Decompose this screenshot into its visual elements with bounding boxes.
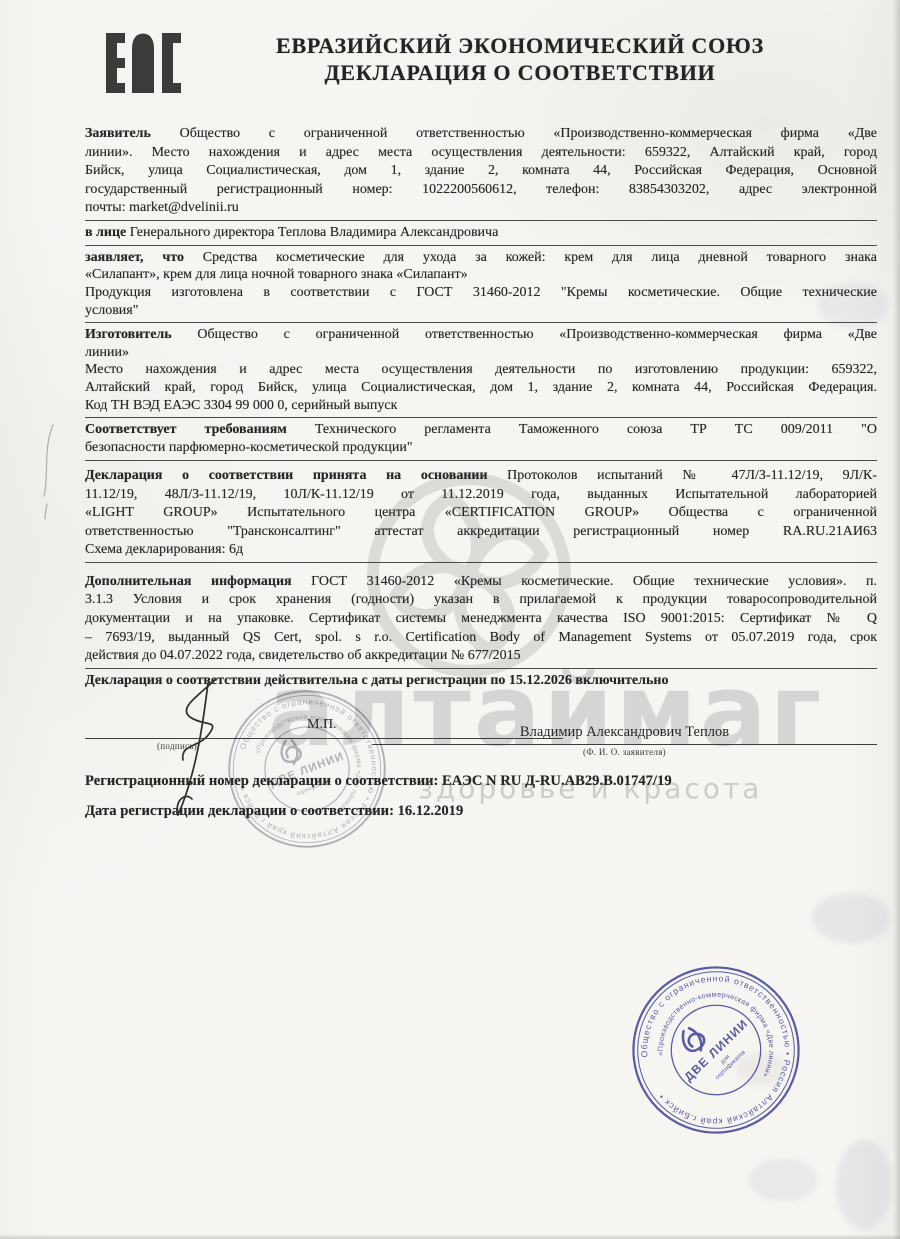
text-line: почты: market@dvelinii.ru [85, 199, 877, 218]
text-line: ответственностью "Трансконсалтинг" аттес… [85, 523, 877, 542]
field-label: Дополнительная информация [85, 574, 292, 589]
text-line: «Силапант», крем для лица ночной товарно… [85, 266, 877, 284]
company-stamp-blue: Общество с ограниченной ответственностью… [621, 955, 810, 1144]
section-compliance: Соответствует требованиям Технического р… [85, 421, 877, 461]
field-text: Технического регламента Таможенного союз… [287, 422, 877, 437]
signature-block: (подпись) М.П. Владимир Александрович Те… [85, 700, 877, 762]
section-additional-info: Дополнительная информация ГОСТ 31460-201… [85, 573, 877, 669]
text-line: заявляет, что Средства косметические для… [85, 249, 877, 267]
field-text: Протоколов испытаний № 47Л/З-11.12/19, 9… [488, 468, 877, 483]
page-subtitle: ДЕКЛАРАЦИЯ О СООТВЕТСТВИИ [160, 59, 880, 86]
text-line: действия до 04.07.2022 года, свидетельст… [85, 647, 877, 666]
field-label: Соответствует требованиям [85, 422, 287, 437]
field-text: Средства косметические для ухода за коже… [184, 250, 877, 265]
text-line: 3.1.3 Условия и срок хранения (годности)… [85, 591, 877, 610]
text-line: Дополнительная информация ГОСТ 31460-201… [85, 573, 877, 592]
section-declares: заявляет, что Средства косметические для… [85, 249, 877, 323]
text-line: Бийск, улица Социалистическая, дом 1, зд… [85, 162, 877, 181]
text-line: линии» [85, 344, 877, 362]
signature-caption: (подпись) [157, 741, 197, 751]
field-label: в лице [85, 225, 126, 240]
section-person: в лице Генерального директора Теплова Вл… [85, 224, 877, 246]
text-line: Место нахождения и адрес места осуществл… [85, 361, 877, 379]
text-line: условия" [85, 302, 877, 320]
field-text: Общество с ограниченной ответственностью… [172, 327, 877, 342]
text-line: Соответствует требованиям Технического р… [85, 421, 877, 440]
text-line: государственный регистрационный номер: 1… [85, 181, 877, 200]
scanned-document-page: алтаймаг здоровье и красота ЕВРАЗИЙСКИЙ … [0, 0, 900, 1239]
field-label: Декларация о соответствии принята на осн… [85, 468, 488, 483]
pen-stray-mark [38, 420, 64, 522]
scan-artifact [836, 1140, 892, 1230]
page-title: ЕВРАЗИЙСКИЙ ЭКОНОМИЧЕСКИЙ СОЮЗ [160, 32, 880, 59]
section-applicant: Заявитель Общество с ограниченной ответс… [85, 125, 877, 221]
section-basis: Декларация о соответствии принята на осн… [85, 467, 877, 563]
name-caption: (Ф. И. О. заявителя) [372, 747, 877, 757]
name-line [372, 744, 877, 745]
field-text: ГОСТ 31460-2012 «Кремы косметические. Об… [292, 574, 877, 589]
scan-artifact [812, 893, 890, 943]
text-line: в лице Генерального директора Теплова Вл… [85, 224, 877, 243]
text-line: Схема декларирования: 6д [85, 541, 877, 560]
text-line: документации и на упаковке. Сертификат с… [85, 610, 877, 629]
field-label: Заявитель [85, 126, 151, 141]
section-manufacturer: Изготовитель Общество с ограниченной отв… [85, 326, 877, 418]
scan-artifact [748, 1158, 818, 1202]
text-line: Код ТН ВЭД ЕАЭС 3304 99 000 0, серийный … [85, 397, 877, 415]
declarant-name: Владимир Александрович Теплов [372, 724, 877, 741]
document-body: Заявитель Общество с ограниченной ответс… [85, 125, 877, 820]
text-line: безопасности парфюмерно-косметической пр… [85, 439, 877, 458]
text-line: Алтайский край, город Бийск, улица Социа… [85, 379, 877, 397]
text-line: Декларация о соответствии принята на осн… [85, 467, 877, 486]
field-label: заявляет, что [85, 250, 184, 265]
text-line: линии». Место нахождения и адрес места о… [85, 144, 877, 163]
text-line: «LIGHT GROUP» Испытательного центра «CER… [85, 504, 877, 523]
text-line: Заявитель Общество с ограниченной ответс… [85, 125, 877, 144]
text-line: 11.12/19, 48Л/З-11.12/19, 10Л/К-11.12/19… [85, 486, 877, 505]
text-line: Продукция изготовлена в соответствии с Г… [85, 284, 877, 302]
text-line: Изготовитель Общество с ограниченной отв… [85, 326, 877, 344]
field-text: Общество с ограниченной ответственностью… [151, 126, 877, 141]
field-label: Изготовитель [85, 327, 172, 342]
text-line: – 7693/19, выданный QS Cert, spol. s r.o… [85, 629, 877, 648]
document-header: ЕВРАЗИЙСКИЙ ЭКОНОМИЧЕСКИЙ СОЮЗ ДЕКЛАРАЦИ… [160, 32, 880, 86]
field-text: Генерального директора Теплова Владимира… [126, 225, 498, 240]
